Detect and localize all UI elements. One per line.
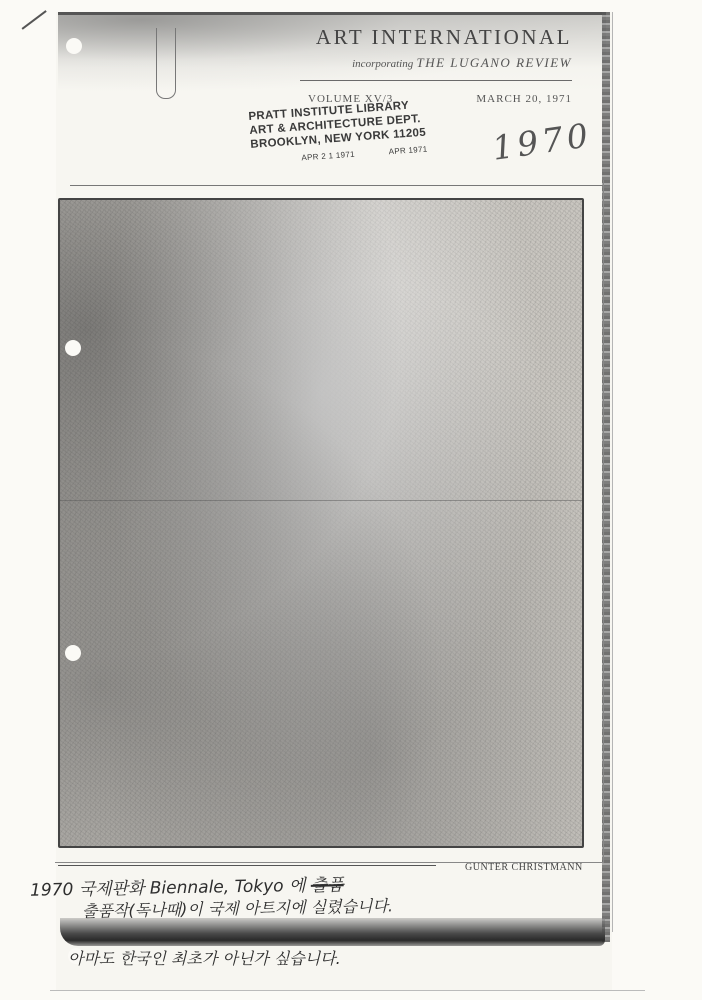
- punch-hole: [65, 645, 81, 661]
- masthead: ART INTERNATIONAL incorporating THE LUGA…: [290, 24, 572, 105]
- punch-hole: [65, 340, 81, 356]
- issue-date: MARCH 20, 1971: [476, 93, 572, 105]
- paperclip-mark: [156, 28, 176, 99]
- page-top-border: [58, 12, 606, 15]
- struck-text: 출품: [311, 875, 344, 896]
- masthead-rule: [300, 80, 572, 81]
- subtitle-prefix: incorporating: [352, 58, 413, 70]
- caption-rule: [58, 865, 436, 866]
- artwork-image: [58, 198, 584, 848]
- stamp-date-2: APR 1971: [388, 143, 428, 160]
- punch-hole: [66, 38, 82, 54]
- corner-mark: [22, 10, 47, 29]
- note-year: 1970: [30, 880, 74, 901]
- artist-caption: GUNTER CHRISTMANN: [465, 862, 583, 873]
- photocopy-dark-band: [60, 918, 605, 946]
- page-bottom-edge: [50, 990, 645, 991]
- page-right-edge-line: [612, 12, 613, 932]
- handwritten-note-line-3: 아마도 한국인 최초가 아닌가 싶습니다.: [68, 946, 341, 969]
- magazine-title: ART INTERNATIONAL: [290, 24, 572, 50]
- magazine-subtitle: incorporating THE LUGANO REVIEW: [290, 54, 572, 73]
- subtitle-name: THE LUGANO REVIEW: [417, 55, 573, 70]
- fold-line: [60, 500, 582, 501]
